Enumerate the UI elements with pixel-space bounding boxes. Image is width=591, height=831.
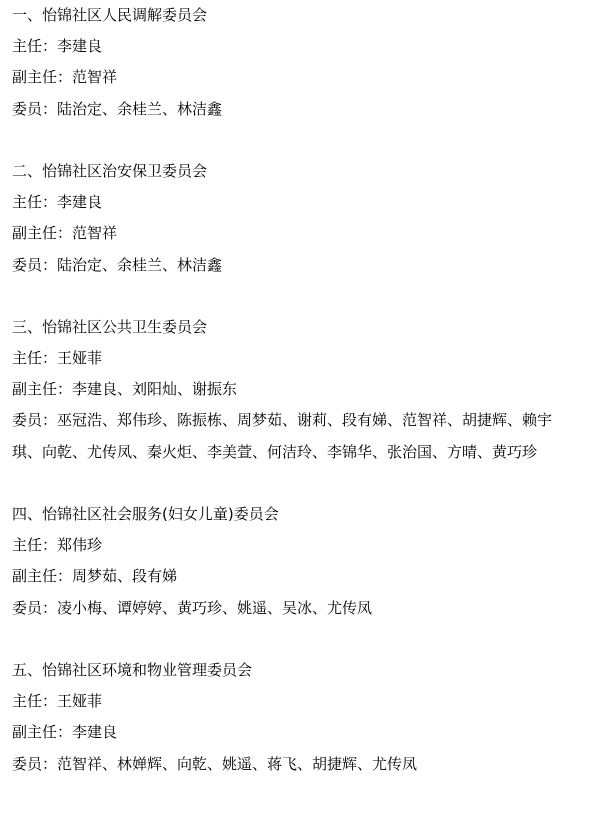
members-line: 委员：凌小梅、谭婷婷、黄巧珍、姚遥、吴冰、尤传凤	[12, 593, 579, 624]
members-line: 委员：陆治定、余桂兰、林洁鑫	[12, 94, 579, 125]
members-line: 委员：范智祥、林婵辉、向乾、姚遥、蒋飞、胡捷辉、尤传凤	[12, 749, 579, 780]
members-line: 委员：陆治定、余桂兰、林洁鑫	[12, 250, 579, 281]
director-line: 主任：王娅菲	[12, 343, 579, 374]
deputy-director-line: 副主任：李建良、刘阳灿、谢振东	[12, 374, 579, 405]
director-line: 主任：李建良	[12, 187, 579, 218]
deputy-director-line: 副主任：周梦茹、段有娣	[12, 561, 579, 592]
deputy-director-line: 副主任：李建良	[12, 717, 579, 748]
deputy-director-line: 副主任：范智祥	[12, 218, 579, 249]
section-title: 三、怡锦社区公共卫生委员会	[12, 312, 579, 343]
section-spacer	[12, 125, 579, 156]
director-line: 主任：王娅菲	[12, 686, 579, 717]
section-title: 一、怡锦社区人民调解委员会	[12, 0, 579, 31]
members-line: 委员：巫冠浩、郑伟珍、陈振栋、周梦茹、谢莉、段有娣、范智祥、胡捷辉、赖宇琪、向乾…	[12, 405, 579, 467]
section-title: 五、怡锦社区环境和物业管理委员会	[12, 655, 579, 686]
section-title: 二、怡锦社区治安保卫委员会	[12, 156, 579, 187]
section-spacer	[12, 624, 579, 655]
director-line: 主任：郑伟珍	[12, 530, 579, 561]
committee-section-1: 一、怡锦社区人民调解委员会 主任：李建良 副主任：范智祥 委员：陆治定、余桂兰、…	[12, 0, 579, 125]
director-line: 主任：李建良	[12, 31, 579, 62]
section-title: 四、怡锦社区社会服务(妇女儿童)委员会	[12, 499, 579, 530]
committee-section-3: 三、怡锦社区公共卫生委员会 主任：王娅菲 副主任：李建良、刘阳灿、谢振东 委员：…	[12, 312, 579, 468]
section-spacer	[12, 281, 579, 312]
deputy-director-line: 副主任：范智祥	[12, 62, 579, 93]
committee-section-4: 四、怡锦社区社会服务(妇女儿童)委员会 主任：郑伟珍 副主任：周梦茹、段有娣 委…	[12, 499, 579, 624]
committee-document: 一、怡锦社区人民调解委员会 主任：李建良 副主任：范智祥 委员：陆治定、余桂兰、…	[0, 0, 591, 780]
section-spacer	[12, 468, 579, 499]
committee-section-5: 五、怡锦社区环境和物业管理委员会 主任：王娅菲 副主任：李建良 委员：范智祥、林…	[12, 655, 579, 780]
committee-section-2: 二、怡锦社区治安保卫委员会 主任：李建良 副主任：范智祥 委员：陆治定、余桂兰、…	[12, 156, 579, 281]
